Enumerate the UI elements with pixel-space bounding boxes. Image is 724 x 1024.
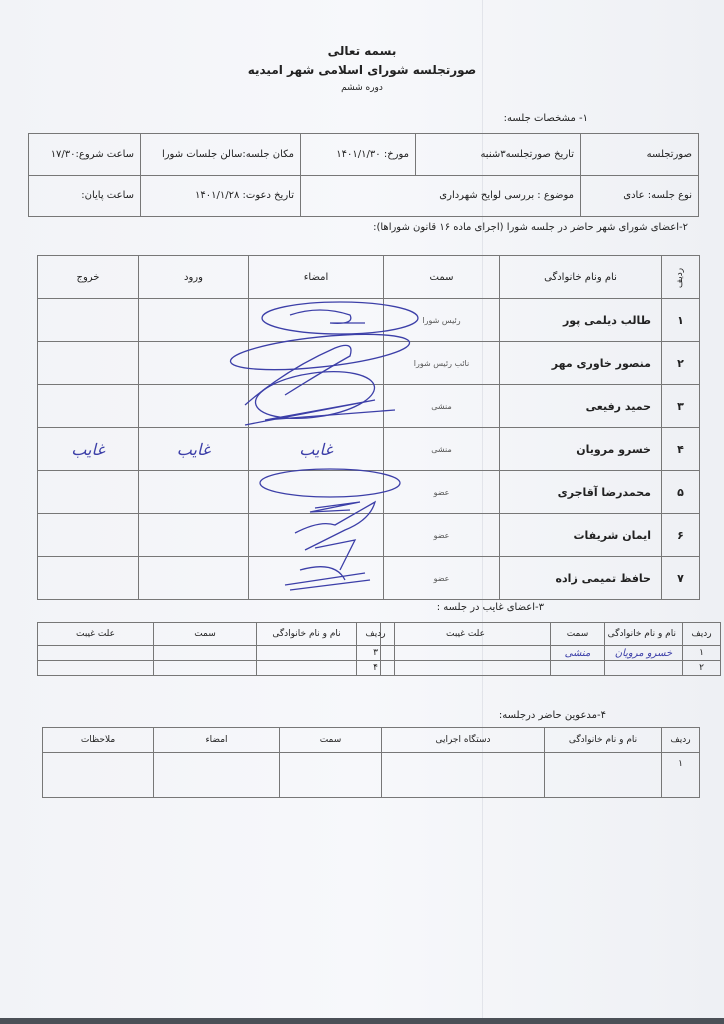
member-name: ایمان شریفات xyxy=(500,514,662,557)
table-row: ۵ محمدرضا آقاجری عضو xyxy=(38,471,700,514)
table-row: ۴ خسرو مرویان منشی غایب غایب غایب xyxy=(38,428,700,471)
member-entry xyxy=(139,557,249,600)
minutes-label: صورتجلسه xyxy=(581,134,699,176)
table-row: ۲ xyxy=(381,661,721,676)
col-position: سمت xyxy=(384,256,500,299)
session-details-table: صورتجلسه تاریخ صورتجلسه۳شنبه مورخ: ۱۴۰۱/… xyxy=(28,133,699,217)
member-signature xyxy=(249,514,384,557)
member-signature xyxy=(249,385,384,428)
section1-label: ۱- مشخصات جلسه: xyxy=(504,113,588,124)
member-position: منشی xyxy=(384,385,500,428)
table-row: ۱ طالب دیلمی پور رئیس شورا xyxy=(38,299,700,342)
invitees-table: ردیف نام و نام خانوادگی دستگاه اجرایی سم… xyxy=(42,727,700,798)
table-row: ۲ منصور خاوری مهر نائب رئیس شورا xyxy=(38,342,700,385)
member-name: طالب دیلمی پور xyxy=(500,299,662,342)
location: مکان جلسه:سالن جلسات شورا xyxy=(141,134,301,176)
member-name: محمدرضا آقاجری xyxy=(500,471,662,514)
member-position: منشی xyxy=(384,428,500,471)
member-exit-absent: غایب xyxy=(38,428,139,471)
col-exit: خروج xyxy=(38,256,139,299)
member-position: عضو xyxy=(384,471,500,514)
member-name: حمید رفیعی xyxy=(500,385,662,428)
member-entry-absent: غایب xyxy=(139,428,249,471)
member-signature xyxy=(249,342,384,385)
member-exit xyxy=(38,471,139,514)
member-exit xyxy=(38,385,139,428)
absent-members-table-right: ردیف نام و نام خانوادگی سمت علت غیبت ۱ خ… xyxy=(380,622,721,676)
member-signature xyxy=(249,471,384,514)
table-row: ۴ xyxy=(38,661,395,676)
end-time: ساعت پایان: xyxy=(29,175,141,217)
table-header-row: ردیف نام و نام خانوادگی سمت علت غیبت xyxy=(38,623,395,646)
section3-label: ۳-اعضای غایب در جلسه : xyxy=(437,602,544,613)
table-header-row: ردیف نام و نام خانوادگی سمت علت غیبت xyxy=(381,623,721,646)
member-exit xyxy=(38,557,139,600)
member-signature xyxy=(249,557,384,600)
table-row: ۶ ایمان شریفات عضو xyxy=(38,514,700,557)
member-entry xyxy=(139,385,249,428)
member-name: خسرو مرویان xyxy=(500,428,662,471)
session-type: نوع جلسه: عادی xyxy=(581,175,699,217)
table-header-row: ردیف نام و نام خانوادگی دستگاه اجرایی سم… xyxy=(43,728,700,753)
section4-label: ۴-مدعوین حاضر درجلسه: xyxy=(499,710,606,721)
absent-name: خسرو مرویان xyxy=(605,646,683,661)
member-exit xyxy=(38,514,139,557)
document-title: صورتجلسه شورای اسلامی شهر امیدیه xyxy=(0,63,724,77)
member-exit xyxy=(38,342,139,385)
absent-position: منشی xyxy=(551,646,605,661)
col-signature: امضاء xyxy=(249,256,384,299)
minutes-date: تاریخ صورتجلسه۳شنبه xyxy=(416,134,581,176)
member-entry xyxy=(139,514,249,557)
table-header-row: ردیف نام ونام خانوادگی سمت امضاء ورود خر… xyxy=(38,256,700,299)
col-entry: ورود xyxy=(139,256,249,299)
dated: مورخ: ۱۴۰۱/۱/۳۰ xyxy=(301,134,416,176)
col-name: نام ونام خانوادگی xyxy=(500,256,662,299)
table-row: ۳ حمید رفیعی منشی xyxy=(38,385,700,428)
member-position: عضو xyxy=(384,557,500,600)
session-details-row: صورتجلسه تاریخ صورتجلسه۳شنبه مورخ: ۱۴۰۱/… xyxy=(29,134,699,176)
col-row: ردیف xyxy=(662,256,700,299)
scanned-page: بسمه تعالی صورتجلسه شورای اسلامی شهر امی… xyxy=(0,0,724,1024)
member-position: رئیس شورا xyxy=(384,299,500,342)
member-name: حافظ تمیمی زاده xyxy=(500,557,662,600)
session-details-row: نوع جلسه: عادی موضوع : بررسی لوایح شهردا… xyxy=(29,175,699,217)
member-position: نائب رئیس شورا xyxy=(384,342,500,385)
member-name: منصور خاوری مهر xyxy=(500,342,662,385)
start-time: ساعت شروع:۱۷/۳۰ xyxy=(29,134,141,176)
present-members-table: ردیف نام ونام خانوادگی سمت امضاء ورود خر… xyxy=(37,255,700,600)
member-signature-absent: غایب xyxy=(249,428,384,471)
invite-date: تاریخ دعوت: ۱۴۰۱/۱/۲۸ xyxy=(141,175,301,217)
member-signature xyxy=(249,299,384,342)
member-entry xyxy=(139,471,249,514)
scan-edge xyxy=(0,1018,724,1024)
member-position: عضو xyxy=(384,514,500,557)
table-row: ۱ خسرو مرویان منشی xyxy=(381,646,721,661)
member-entry xyxy=(139,299,249,342)
absent-members-table-left: ردیف نام و نام خانوادگی سمت علت غیبت ۳ ۴ xyxy=(37,622,395,676)
section2-label: ۲-اعضای شورای شهر حاضر در جلسه شورا (اجر… xyxy=(373,222,688,233)
council-term: دوره ششم xyxy=(0,83,724,93)
table-row: ۳ xyxy=(38,646,395,661)
member-entry xyxy=(139,342,249,385)
table-row: ۱ xyxy=(43,753,700,798)
session-subject: موضوع : بررسی لوایح شهرداری xyxy=(301,175,581,217)
invocation: بسمه تعالی xyxy=(0,44,724,58)
member-exit xyxy=(38,299,139,342)
table-row: ۷ حافظ تمیمی زاده عضو xyxy=(38,557,700,600)
